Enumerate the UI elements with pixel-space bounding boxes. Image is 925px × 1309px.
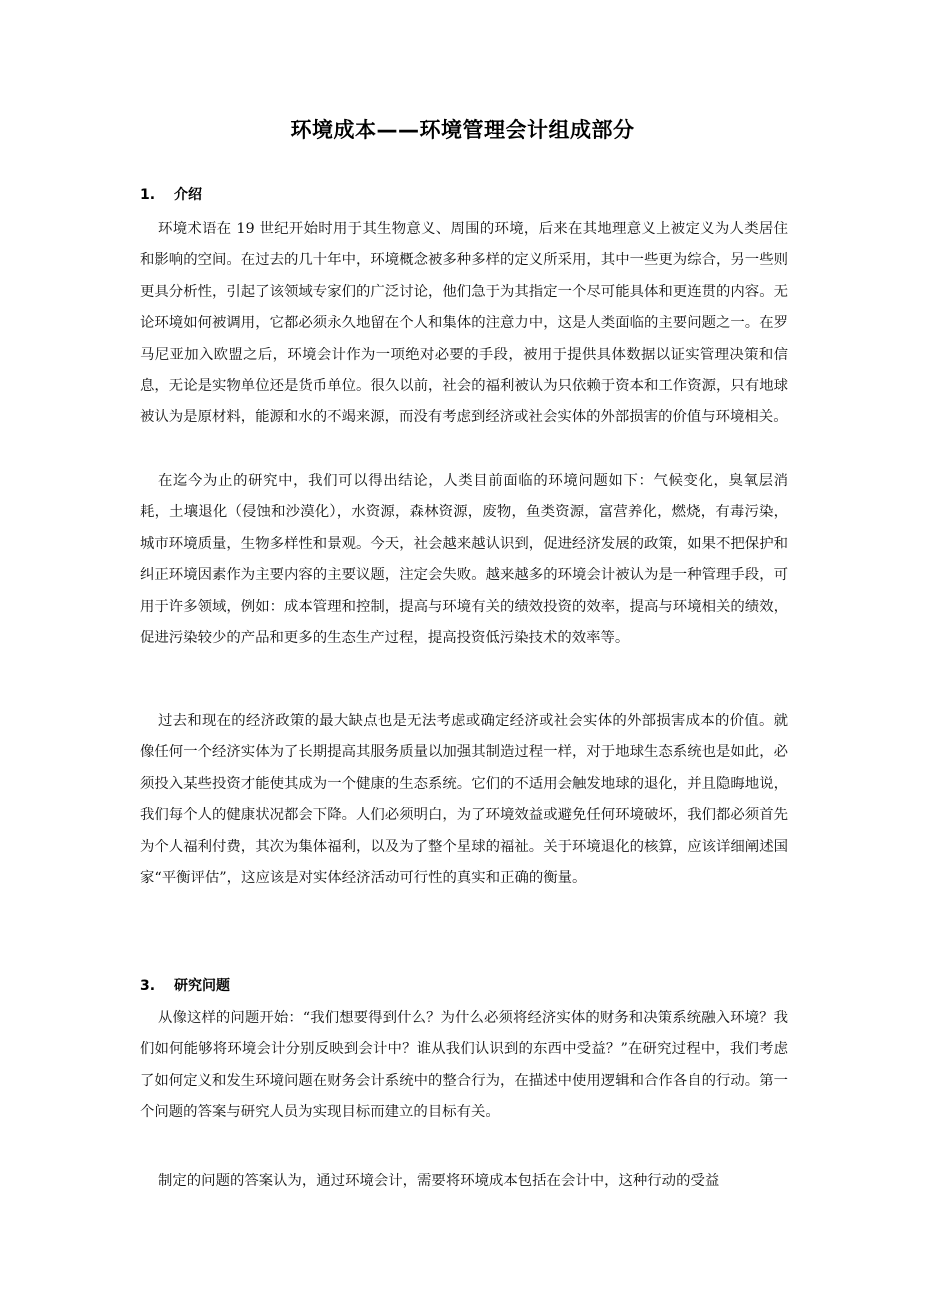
paragraph: 在迄今为止的研究中，我们可以得出结论，人类目前面临的环境问题如下：气候变化，臭氧… <box>140 466 788 654</box>
paragraph: 从像这样的问题开始：“我们想要得到什么？为什么必须将经济实体的财务和决策系统融入… <box>140 1003 788 1129</box>
section-number: 3. <box>140 978 174 994</box>
section-number: 1. <box>140 187 174 203</box>
document-title: 环境成本——环境管理会计组成部分 <box>0 114 925 144</box>
section-heading-introduction: 1.介绍 <box>140 184 202 204</box>
section-heading-research-questions: 3.研究问题 <box>140 975 230 995</box>
paragraph: 环境术语在 19 世纪开始时用于其生物意义、周围的环境，后来在其地理意义上被定义… <box>140 214 788 434</box>
paragraph: 制定的问题的答案认为，通过环境会计，需要将环境成本包括在会计中，这种行动的受益 <box>140 1166 788 1197</box>
section-title: 研究问题 <box>174 978 230 994</box>
paragraph: 过去和现在的经济政策的最大缺点也是无法考虑或确定经济或社会实体的外部损害成本的价… <box>140 706 788 894</box>
document-page: 环境成本——环境管理会计组成部分 1.介绍 环境术语在 19 世纪开始时用于其生… <box>0 0 925 1309</box>
section-title: 介绍 <box>174 187 202 203</box>
